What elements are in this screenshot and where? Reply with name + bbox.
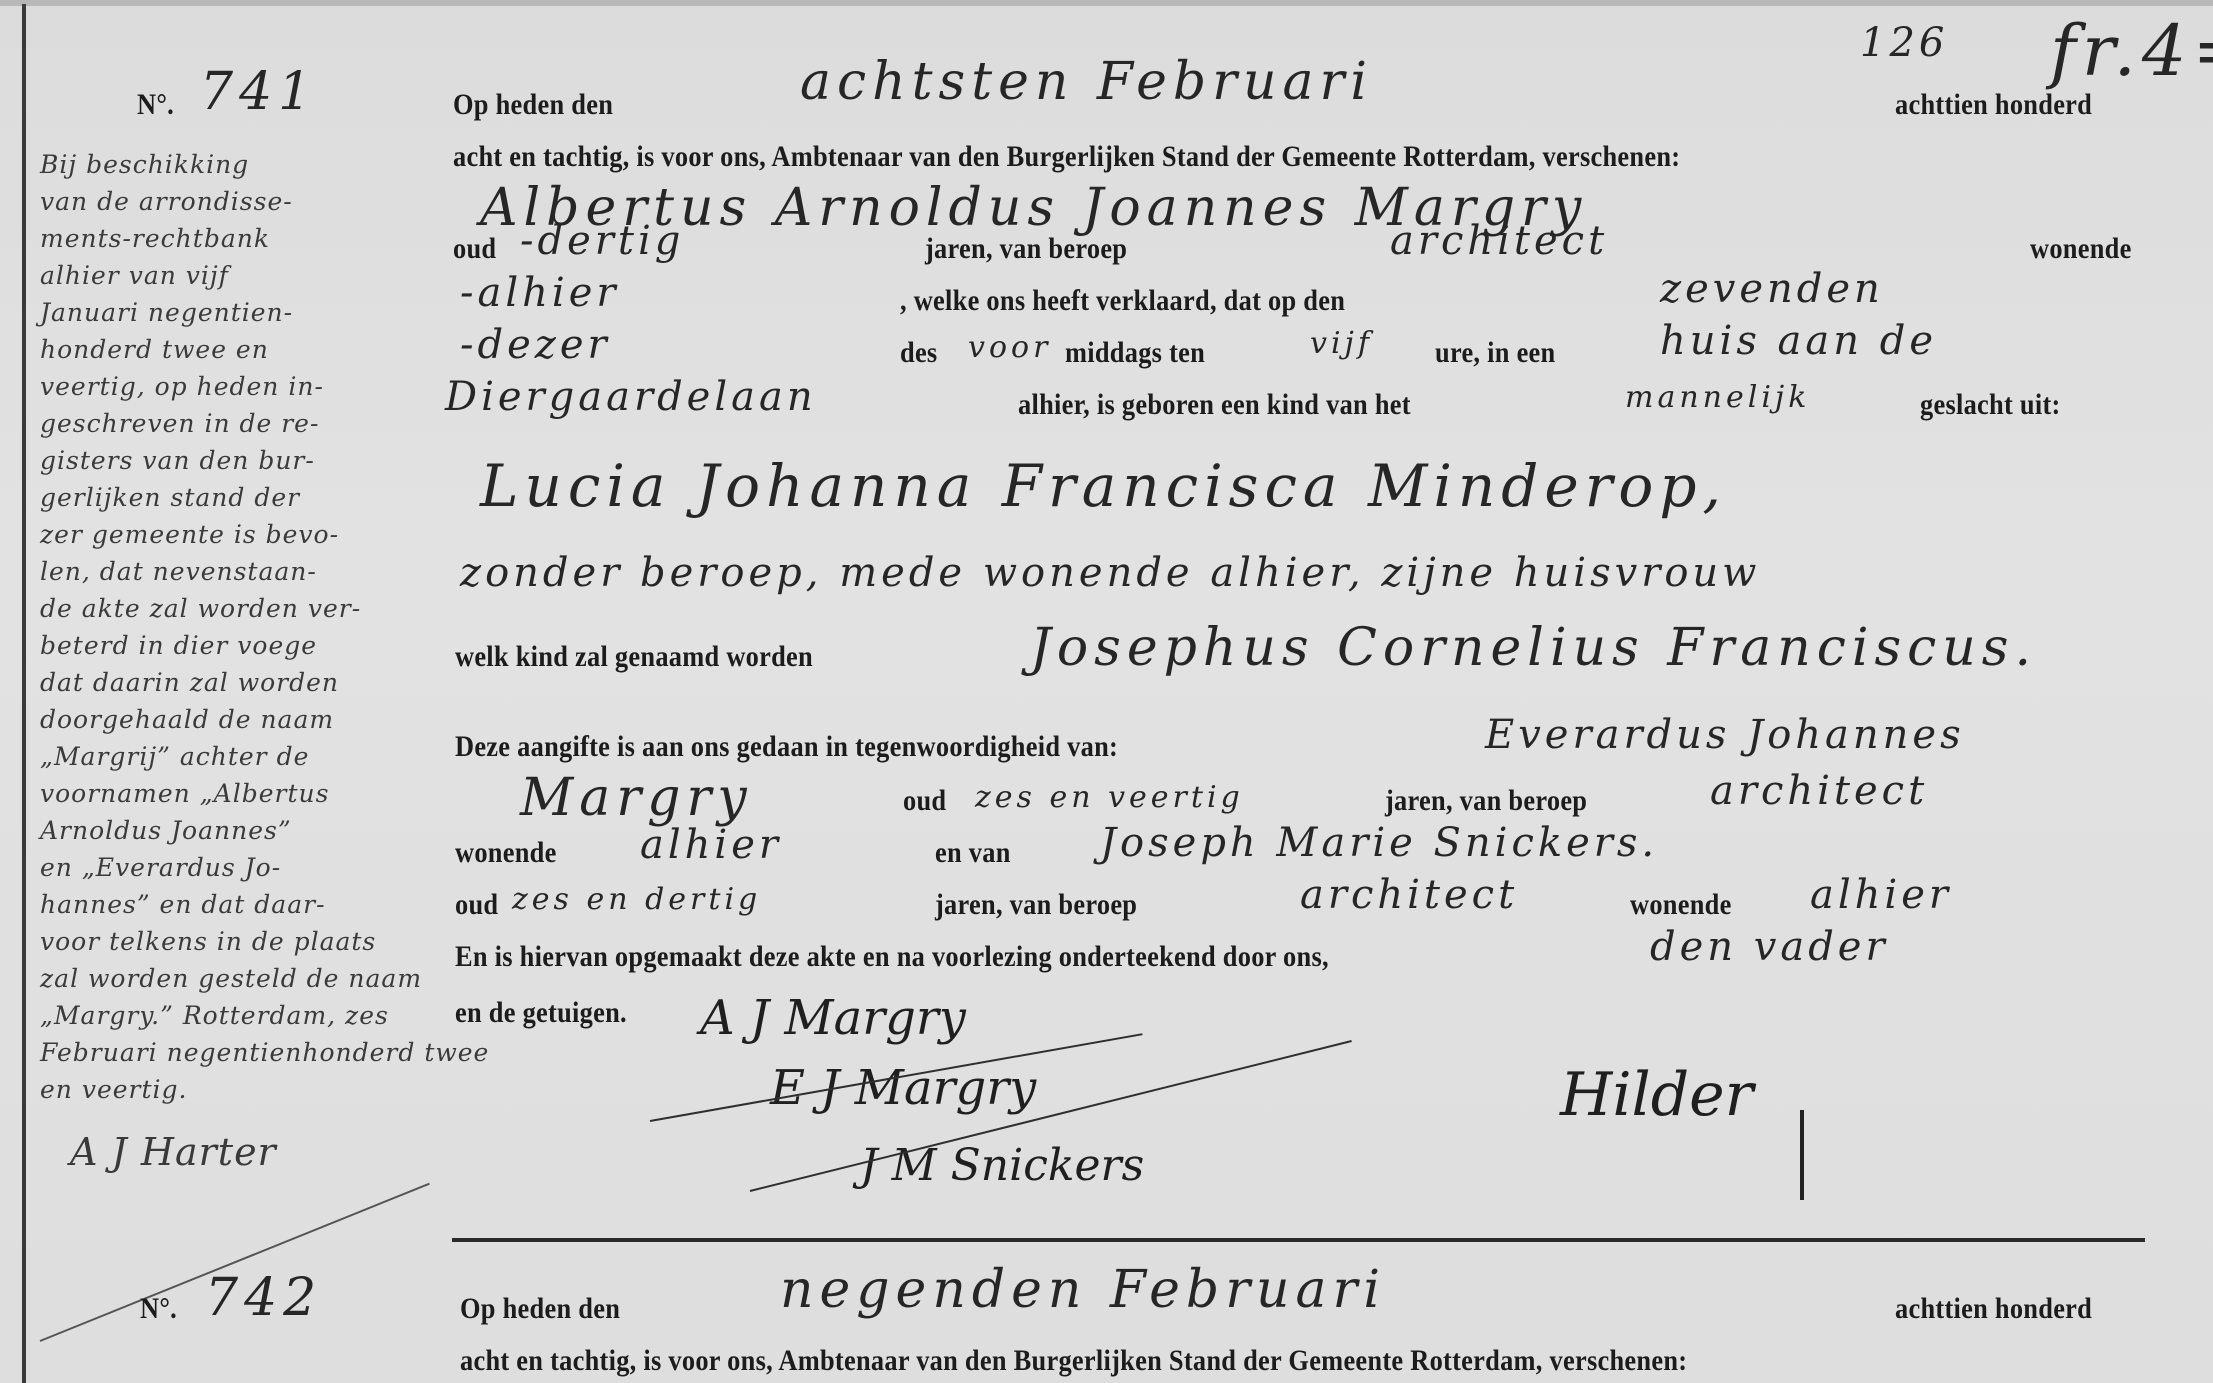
hand-date: negenden Februari — [780, 1260, 1386, 1320]
print-oud: oud — [453, 232, 496, 266]
margin-line: beterd in dier voege — [40, 631, 317, 660]
margin-rule — [22, 4, 26, 1383]
margin-line: Februari negentienhonderd twee — [40, 1038, 489, 1067]
print-op-heden: Op heden den — [460, 1292, 620, 1326]
signature-witness2: J M Snickers — [860, 1140, 1144, 1191]
print-alhier-geboren: alhier, is geboren een kind van het — [1018, 388, 1411, 422]
hand-birth-month: -dezer — [460, 322, 611, 368]
margin-line: voor telkens in de plaats — [40, 927, 376, 956]
margin-line: geschreven in de re- — [40, 409, 319, 438]
hand-birth-day: zevenden — [1660, 266, 1884, 312]
print-middags-ten: middags ten — [1065, 336, 1205, 370]
signature-witness1: E J Margry — [770, 1060, 1036, 1116]
signature-stroke — [1800, 1110, 1804, 1200]
hand-date: achtsten Februari — [800, 52, 1373, 112]
margin-line: ments-rechtbank — [40, 224, 270, 253]
hand-mother-info: zonder beroep, mede wonende alhier, zijn… — [460, 550, 1760, 596]
hand-mother-name: Lucia Johanna Francisca Minderop, — [480, 452, 1727, 520]
hand-witness2-occupation: architect — [1300, 872, 1518, 918]
hand-sex: mannelijk — [1625, 380, 1810, 415]
page-top-edge — [0, 0, 2213, 6]
print-en-is-hiervan: En is hiervan opgemaakt deze akte en na … — [455, 940, 1329, 974]
hand-witness1-age: zes en veertig — [975, 780, 1244, 815]
margin-line: zal worden gesteld de naam — [40, 964, 422, 993]
margin-line: alhier van vijf — [40, 261, 229, 290]
record-number: 741 — [200, 62, 317, 122]
margin-line: en „Everardus Jo- — [40, 853, 281, 882]
margin-line: van de arrondisse- — [40, 187, 293, 216]
margin-line: en veertig. — [40, 1075, 188, 1104]
margin-line: „Margrij” achter de — [40, 742, 309, 771]
hand-father-residence: -alhier — [460, 270, 620, 316]
print-jaren-beroep-3: jaren, van beroep — [935, 888, 1137, 922]
hand-street: Diergaardelaan — [445, 374, 817, 420]
print-deze-aangifte: Deze aangifte is aan ons gedaan in tegen… — [455, 730, 1118, 764]
print-geslacht-uit: geslacht uit: — [1920, 388, 2061, 422]
hand-witness1-residence: alhier — [640, 822, 782, 868]
hand-birth-place: huis aan de — [1660, 318, 1937, 364]
hand-witness1-occupation: architect — [1710, 768, 1928, 814]
margin-line: Januari negentien- — [40, 298, 293, 327]
hand-witness2-residence: alhier — [1810, 872, 1952, 918]
print-oud-2: oud — [903, 784, 946, 818]
print-welke-ons: , welke ons heeft verklaard, dat op den — [900, 284, 1345, 318]
margin-line: Arnoldus Joannes” — [40, 816, 292, 845]
hand-den-vader: den vader — [1650, 924, 1889, 970]
record-separator — [452, 1238, 2145, 1242]
hand-witness2-name: Joseph Marie Snickers. — [1100, 820, 1658, 866]
margin-line: „Margry.” Rotterdam, zes — [40, 1001, 389, 1030]
hand-witness2-age: zes en dertig — [512, 882, 761, 917]
hand-witness1-name: Everardus Johannes — [1485, 712, 1965, 758]
record-number-label: N°. — [140, 1292, 177, 1326]
print-en-van: en van — [935, 836, 1011, 870]
page-number: 126 — [1860, 20, 1948, 66]
margin-signature: A J Harter — [70, 1130, 277, 1174]
signature-father: A J Margry — [700, 990, 966, 1046]
print-wonende-3: wonende — [1630, 888, 1732, 922]
print-jaren-beroep: jaren, van beroep — [925, 232, 1127, 266]
margin-line: gisters van den bur- — [40, 446, 315, 475]
margin-line: gerlijken stand der — [40, 483, 300, 512]
margin-line: dat daarin zal worden — [40, 668, 339, 697]
print-line2: acht en tachtig, is voor ons, Ambtenaar … — [453, 140, 1680, 174]
hand-birth-hour: vijf — [1310, 326, 1373, 361]
hand-child-name: Josephus Cornelius Franciscus. — [1030, 618, 2037, 678]
hand-father-occupation: architect — [1390, 218, 1608, 264]
print-achttien-honderd: achttien honderd — [1895, 1292, 2092, 1326]
margin-line: zer gemeente is bevo- — [40, 520, 339, 549]
print-en-de-getuigen: en de getuigen. — [455, 996, 627, 1030]
hand-witness1-surname: Margry — [520, 768, 753, 828]
print-jaren-beroep-2: jaren, van beroep — [1385, 784, 1587, 818]
margin-line: Bij beschikking — [40, 150, 249, 179]
civil-registry-page: N°. 741 126 fr.4= Op heden den achtsten … — [0, 0, 2213, 1383]
print-welk-kind: welk kind zal genaamd worden — [455, 640, 813, 674]
print-achttien-honderd: achttien honderd — [1895, 88, 2092, 122]
print-ure-in-een: ure, in een — [1435, 336, 1555, 370]
hand-father-age: -dertig — [520, 218, 684, 264]
margin-line: veertig, op heden in- — [40, 372, 324, 401]
margin-line: hannes” en dat daar- — [40, 890, 326, 919]
margin-line: de akte zal worden ver- — [40, 594, 361, 623]
signature-official: Hilder — [1560, 1060, 1753, 1130]
margin-line: voornamen „Albertus — [40, 779, 329, 808]
print-line2: acht en tachtig, is voor ons, Ambtenaar … — [460, 1344, 1687, 1378]
margin-line: honderd twee en — [40, 335, 269, 364]
record-number: 742 — [205, 1268, 322, 1328]
margin-line: len, dat nevenstaan- — [40, 557, 317, 586]
margin-line: doorgehaald de naam — [40, 705, 334, 734]
print-wonende: wonende — [2030, 232, 2132, 266]
record-number-label: N°. — [137, 88, 174, 122]
hand-ampm: voor — [968, 330, 1051, 365]
print-oud-3: oud — [455, 888, 498, 922]
corner-mark: fr.4= — [2050, 10, 2213, 92]
print-op-heden: Op heden den — [453, 88, 613, 122]
print-wonende-2: wonende — [455, 836, 557, 870]
print-des: des — [900, 336, 937, 370]
